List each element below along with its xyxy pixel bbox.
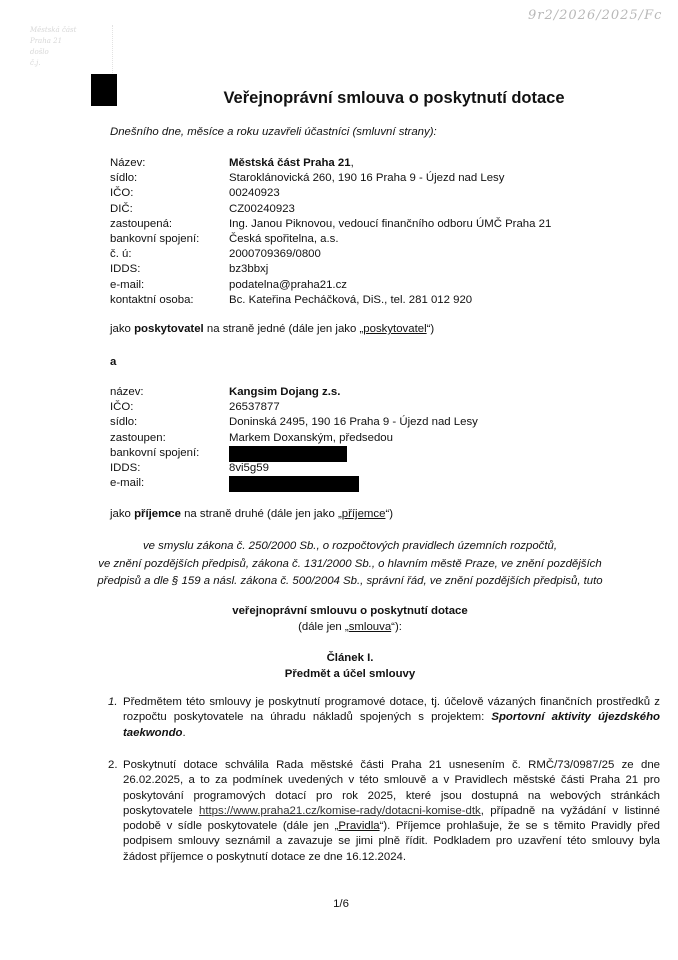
paragraph-2: 2. Poskytnutí dotace schválila Rada měst… [108,758,660,865]
field-label: bankovní spojení: [110,446,229,461]
field-label: DIČ: [110,202,229,217]
url-text[interactable]: https://www.praha21.cz/komise-rady/dotac… [199,805,481,817]
legal-basis-line: předpisů a dle § 159 a násl. zákona č. 5… [22,573,678,591]
field-label: bankovní spojení: [110,232,229,247]
provider-row-account: č. ú: 2000709369/0800 [110,247,551,262]
intro-text: Dnešního dne, měsíce a roku uzavřeli úča… [110,126,437,138]
stamp-line: došlo [30,47,112,58]
stamp-line: Městská část [30,25,112,36]
text: na straně druhé (dále jen jako „ [181,508,342,520]
field-value: Česká spořitelna, a.s. [229,232,339,247]
recipient-row-address: sídlo: Doninská 2495, 190 16 Praha 9 - Ú… [110,415,478,430]
role-term: příjemce [134,508,181,520]
article-number: Článek I. [22,650,678,666]
document-title: Veřejnoprávní smlouva o poskytnutí dotac… [0,89,678,108]
field-label: č. ú: [110,247,229,262]
provider-details: Název: Městská část Praha 21, sídlo: Sta… [110,156,551,308]
recipient-row-ico: IČO: 26537877 [110,400,478,415]
field-label: kontaktní osoba: [110,293,229,308]
provider-name: Městská část Praha 21 [229,157,351,169]
field-label: IČO: [110,186,229,201]
field-label: zastoupená: [110,217,229,232]
field-label: sídlo: [110,171,229,186]
defined-term: poskytovatel [363,323,426,335]
contract-alias-line: (dále jen „smlouva“): [22,619,678,635]
recipient-row-name: název: Kangsim Dojang z.s. [110,385,478,400]
page-number: 1/6 [0,898,678,910]
field-value: Staroklánovická 260, 190 16 Praha 9 - Új… [229,171,504,186]
recipient-details: název: Kangsim Dojang z.s. IČO: 26537877… [110,385,478,491]
contract-heading: veřejnoprávní smlouvu o poskytnutí dotac… [0,603,678,635]
paragraph-number: 2. [108,758,118,773]
field-label: IDDS: [110,262,229,277]
field-value: 2000709369/0800 [229,247,321,262]
legal-basis: ve smyslu zákona č. 250/2000 Sb., o rozp… [0,538,678,591]
text: “) [427,323,435,335]
text: (dále jen „ [298,621,349,633]
field-label: e-mail: [110,278,229,293]
defined-term: Pravidla [338,820,379,832]
text: na straně jedné (dále jen jako „ [204,323,364,335]
recipient-row-bank: bankovní spojení: [110,446,478,461]
stamp-line: Praha 21 [30,36,112,47]
text: “) [385,508,393,520]
field-label: IDDS: [110,461,229,476]
recipient-name: Kangsim Dojang z.s. [229,385,340,400]
paragraph-1: 1. Předmětem této smlouvy je poskytnutí … [108,695,660,741]
redacted-email [229,476,359,492]
provider-row-idds: IDDS: bz3bbxj [110,262,551,277]
article-heading: Článek I. Předmět a účel smlouvy [0,650,678,682]
field-value: Ing. Janou Piknovou, vedoucí finančního … [229,217,551,232]
recipient-row-represented: zastoupen: Markem Doxanským, předsedou [110,431,478,446]
field-label: e-mail: [110,476,229,491]
field-value: Bc. Kateřina Pecháčková, DiS., tel. 281 … [229,293,472,308]
legal-basis-line: ve smyslu zákona č. 250/2000 Sb., o rozp… [22,538,678,556]
field-value: 26537877 [229,400,280,415]
recipient-row-idds: IDDS: 8vi5g59 [110,461,478,476]
provider-row-address: sídlo: Staroklánovická 260, 190 16 Praha… [110,171,551,186]
provider-row-email: e-mail: podatelna@praha21.cz [110,278,551,293]
provider-row-bank: bankovní spojení: Česká spořitelna, a.s. [110,232,551,247]
recipient-role-line: jako příjemce na straně druhé (dále jen … [110,508,393,520]
field-value: CZ00240923 [229,202,295,217]
provider-row-dic: DIČ: CZ00240923 [110,202,551,217]
text: jako [110,323,134,335]
field-value: bz3bbxj [229,262,268,277]
conjunction: a [110,356,116,368]
article-title: Předmět a účel smlouvy [22,666,678,682]
legal-basis-line: ve znění pozdějších předpisů, zákona č. … [22,556,678,574]
role-term: poskytovatel [134,323,204,335]
field-label: název: [110,385,229,400]
field-value: Markem Doxanským, předsedou [229,431,393,446]
field-label: IČO: [110,400,229,415]
field-value: 8vi5g59 [229,461,269,476]
provider-row-ico: IČO: 00240923 [110,186,551,201]
text: “): [391,621,402,633]
paragraph-text: . [183,727,186,739]
stamp-line: č.j. [30,58,112,69]
provider-row-represented: zastoupená: Ing. Janou Piknovou, vedoucí… [110,217,551,232]
paragraph-number: 1. [108,695,118,710]
rules-url-link[interactable]: https://www.praha21.cz/komise-rady/dotac… [199,805,481,817]
handwritten-reference: 9r2/2026/2025/Fc [528,8,662,23]
field-value: Doninská 2495, 190 16 Praha 9 - Újezd na… [229,415,478,430]
provider-role-line: jako poskytovatel na straně jedné (dále … [110,323,434,335]
defined-term: smlouva [349,621,391,633]
defined-term: příjemce [342,508,386,520]
field-label: zastoupen: [110,431,229,446]
recipient-row-email: e-mail: [110,476,478,491]
text: jako [110,508,134,520]
punctuation: , [351,157,354,169]
field-label: Název: [110,156,229,171]
contract-name: veřejnoprávní smlouvu o poskytnutí dotac… [22,603,678,619]
field-value: 00240923 [229,186,280,201]
field-value: podatelna@praha21.cz [229,278,347,293]
provider-row-name: Název: Městská část Praha 21, [110,156,551,171]
redacted-bank-account [229,446,347,462]
field-label: sídlo: [110,415,229,430]
provider-row-contact: kontaktní osoba: Bc. Kateřina Pecháčková… [110,293,551,308]
